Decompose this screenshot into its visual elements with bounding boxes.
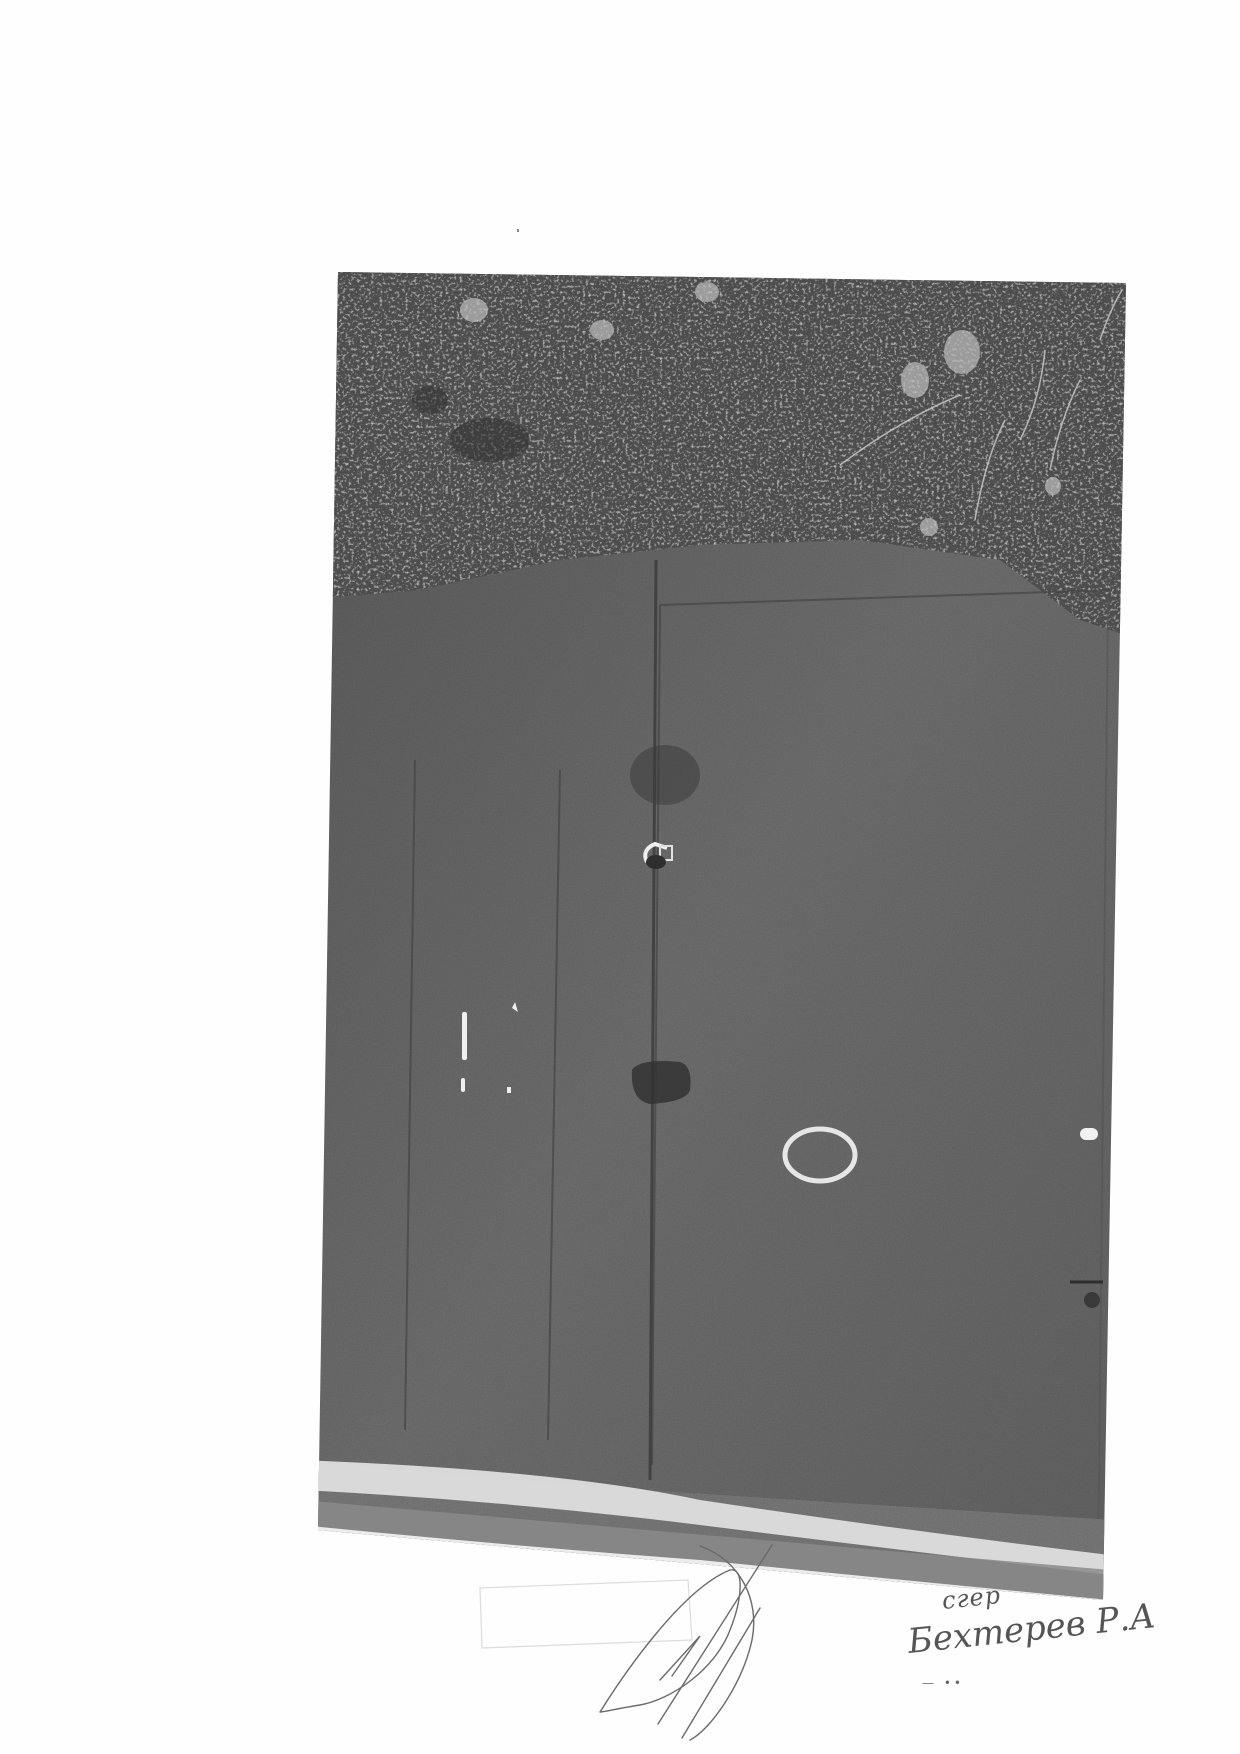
handwritten-marks: — •• bbox=[922, 1676, 964, 1690]
signature bbox=[0, 0, 1240, 1754]
scanned-page: сгер Бехтерев Р.А — •• bbox=[0, 0, 1240, 1754]
